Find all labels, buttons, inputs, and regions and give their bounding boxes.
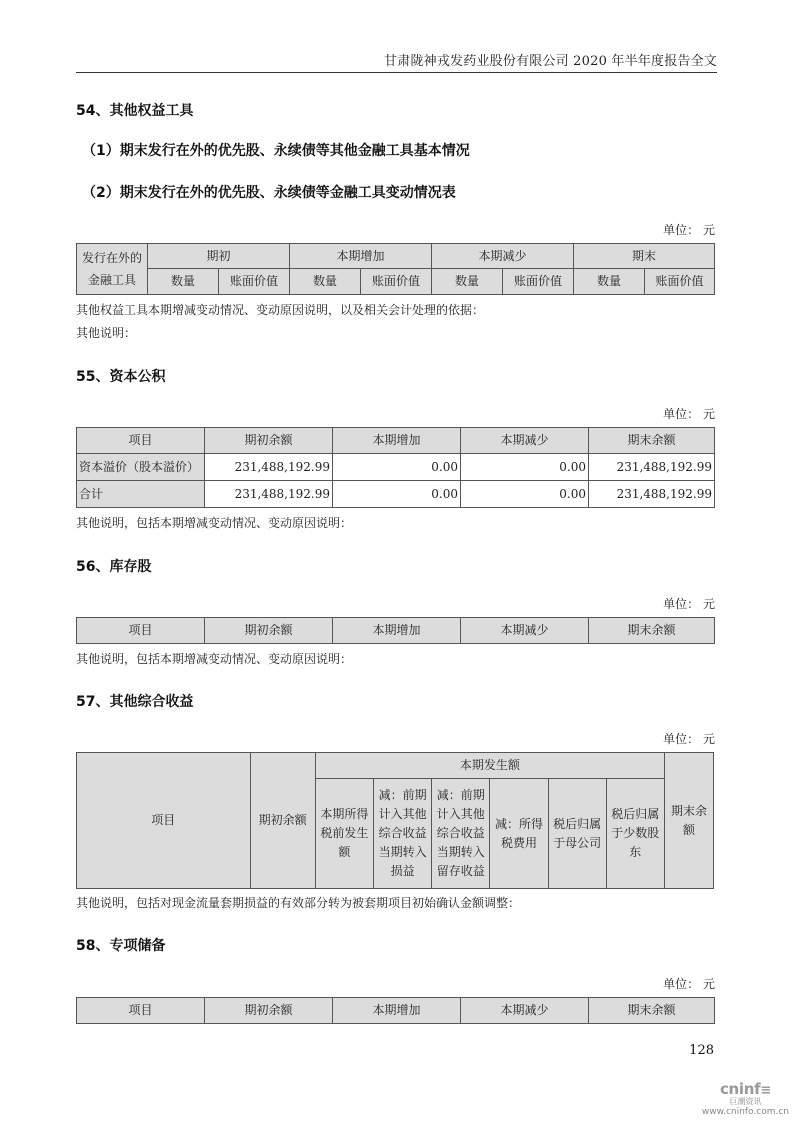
header-item: 项目 bbox=[77, 618, 205, 644]
header-first-col: 发行在外的金融工具 bbox=[77, 244, 148, 295]
header-less-income-tax: 减：所得税费用 bbox=[490, 779, 548, 889]
header-increase: 本期增加 bbox=[333, 998, 461, 1024]
section-57-note: 其他说明，包括对现金流量套期损益的有效部分转为被套期项目初始确认金额调整： bbox=[76, 894, 520, 911]
section-54-sub2: （2）期末发行在外的优先股、永续债等金融工具变动情况表 bbox=[82, 182, 456, 202]
page-number: 128 bbox=[689, 1043, 714, 1058]
row-item: 合计 bbox=[77, 481, 205, 508]
header-item: 项目 bbox=[77, 753, 251, 889]
section-58-title: 58、专项储备 bbox=[76, 935, 165, 955]
row-increase: 0.00 bbox=[333, 481, 461, 508]
header-group-decrease: 本期减少 bbox=[432, 244, 574, 269]
section-55-note: 其他说明，包括本期增减变动情况、变动原因说明： bbox=[76, 514, 352, 531]
header-book-value: 账面价值 bbox=[361, 269, 432, 295]
row-item: 资本溢价（股本溢价） bbox=[77, 454, 205, 481]
cninfo-logo: cninf≡ 巨潮资讯 www.cninfo.com.cn bbox=[702, 1080, 789, 1117]
header-item: 项目 bbox=[77, 428, 205, 454]
header-after-tax-parent: 税后归属于母公司 bbox=[548, 779, 606, 889]
special-reserve-table: 项目 期初余额 本期增加 本期减少 期末余额 bbox=[76, 997, 715, 1024]
header-decrease: 本期减少 bbox=[461, 428, 589, 454]
section-55-title: 55、资本公积 bbox=[76, 366, 165, 386]
section-54-sub1: （1）期末发行在外的优先股、永续债等其他金融工具基本情况 bbox=[82, 140, 470, 160]
header-less-reclass-to-retained: 减：前期计入其他综合收益当期转入留存收益 bbox=[432, 779, 490, 889]
header-less-reclass-to-pl: 减：前期计入其他综合收益当期转入损益 bbox=[374, 779, 432, 889]
table-row: 资本溢价（股本溢价） 231,488,192.99 0.00 0.00 231,… bbox=[77, 454, 715, 481]
header-increase: 本期增加 bbox=[333, 618, 461, 644]
row-closing: 231,488,192.99 bbox=[589, 454, 715, 481]
section-54-title: 54、其他权益工具 bbox=[76, 100, 193, 120]
logo-mark-icon: ≡ bbox=[760, 1083, 771, 1098]
logo-url: www.cninfo.com.cn bbox=[702, 1107, 789, 1117]
header-opening: 期初余额 bbox=[205, 428, 333, 454]
header-pretax-amount: 本期所得税前发生额 bbox=[315, 779, 373, 889]
row-decrease: 0.00 bbox=[461, 454, 589, 481]
section-58-unit: 单位： 元 bbox=[663, 975, 715, 992]
header-opening: 期初余额 bbox=[205, 998, 333, 1024]
header-group-increase: 本期增加 bbox=[290, 244, 432, 269]
header-group-closing: 期末 bbox=[574, 244, 715, 269]
row-opening: 231,488,192.99 bbox=[205, 454, 333, 481]
header-closing: 期末余额 bbox=[664, 753, 713, 889]
section-54-note1: 其他权益工具本期增减变动情况、变动原因说明，以及相关会计处理的依据： bbox=[76, 301, 484, 318]
header-quantity: 数量 bbox=[574, 269, 645, 295]
header-opening: 期初余额 bbox=[205, 618, 333, 644]
header-quantity: 数量 bbox=[432, 269, 503, 295]
table-row-total: 合计 231,488,192.99 0.00 0.00 231,488,192.… bbox=[77, 481, 715, 508]
section-56-unit: 单位： 元 bbox=[663, 595, 715, 612]
header-increase: 本期增加 bbox=[333, 428, 461, 454]
row-decrease: 0.00 bbox=[461, 481, 589, 508]
header-book-value: 账面价值 bbox=[503, 269, 574, 295]
header-after-tax-minority: 税后归属于少数股东 bbox=[606, 779, 664, 889]
section-55-unit: 单位： 元 bbox=[663, 405, 715, 422]
other-equity-instruments-table: 发行在外的金融工具 期初 本期增加 本期减少 期末 数量 账面价值 数量 账面价… bbox=[76, 243, 715, 295]
header-group-current-period: 本期发生额 bbox=[315, 753, 664, 779]
other-comprehensive-income-table: 项目 期初余额 本期发生额 期末余额 本期所得税前发生额 减：前期计入其他综合收… bbox=[76, 752, 714, 889]
header-divider bbox=[76, 72, 717, 73]
row-opening: 231,488,192.99 bbox=[205, 481, 333, 508]
section-57-title: 57、其他综合收益 bbox=[76, 691, 193, 711]
header-book-value: 账面价值 bbox=[219, 269, 290, 295]
section-56-note: 其他说明，包括本期增减变动情况、变动原因说明： bbox=[76, 650, 352, 667]
row-closing: 231,488,192.99 bbox=[589, 481, 715, 508]
logo-cn: 巨潮资讯 bbox=[702, 1096, 789, 1107]
header-decrease: 本期减少 bbox=[461, 998, 589, 1024]
header-decrease: 本期减少 bbox=[461, 618, 589, 644]
section-54-note2: 其他说明： bbox=[76, 324, 136, 341]
header-quantity: 数量 bbox=[148, 269, 219, 295]
treasury-stock-table: 项目 期初余额 本期增加 本期减少 期末余额 bbox=[76, 617, 715, 644]
capital-reserve-table: 项目 期初余额 本期增加 本期减少 期末余额 资本溢价（股本溢价） 231,48… bbox=[76, 427, 715, 508]
header-closing: 期末余额 bbox=[589, 618, 715, 644]
header-opening: 期初余额 bbox=[250, 753, 315, 889]
section-57-unit: 单位： 元 bbox=[663, 730, 715, 747]
report-header-title: 甘肃陇神戎发药业股份有限公司 2020 年半年度报告全文 bbox=[384, 50, 717, 69]
header-group-opening: 期初 bbox=[148, 244, 290, 269]
header-closing: 期末余额 bbox=[589, 998, 715, 1024]
header-quantity: 数量 bbox=[290, 269, 361, 295]
row-increase: 0.00 bbox=[333, 454, 461, 481]
section-54-unit: 单位： 元 bbox=[663, 221, 715, 238]
header-item: 项目 bbox=[77, 998, 205, 1024]
header-closing: 期末余额 bbox=[589, 428, 715, 454]
header-book-value: 账面价值 bbox=[645, 269, 715, 295]
section-56-title: 56、库存股 bbox=[76, 556, 151, 576]
